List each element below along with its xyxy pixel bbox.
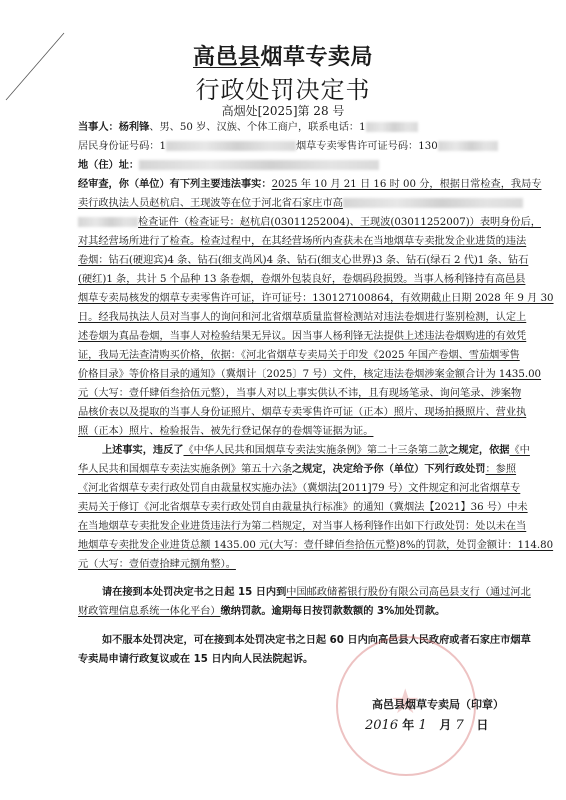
facts-line-7: 日。经我局执法人员对当事人的询问和河北省烟草质量监督检测站对违法卷烟进行鉴别检测… [78,308,526,323]
facts-line-2: 检查证件（检查证号：赵杭启(03011252004)、王现波(030112520… [78,213,541,228]
redacted-name [78,217,138,227]
facts-line-1: 卖行政执法人员赵杭启、王现波等在位于河北省石家庄市高 [78,194,523,209]
party-name: 杨利锋 [119,122,150,133]
facts-line-4: 卷烟：钻石(硬迎宾)4 条、钻石(细支尚风)4 条、钻石(细支心世界)3 条、钻… [78,251,528,266]
signing-agency: 高邑县烟草专卖局（印章） [372,696,504,712]
facts-line-12: 品核价表以及提取的当事人身份证照片、烟草专卖零售许可证（正本）照片、现场拍摄照片… [78,403,526,418]
ruling-text: 之规定，依据 [448,445,509,456]
payment-line-1: 财政管理信息系统一体化平台）缴纳罚款。逾期每日按罚款数额的 3%加处罚款。 [78,602,445,617]
ruling-line-4: 在当地烟草专卖批发企业进货违法行为第二档规定，对当事人杨利锋作出如下行政处罚：处… [78,517,526,532]
address-line: 地（住）址： [78,156,379,171]
ruling-line-1: 华人民共和国烟草专卖法实施条例》第五十六条之规定，决定给予你（单位）下列行政处罚… [78,460,516,475]
ruling-line-5: 地烟草专卖批发企业进货总额 1435.00 元(大写：壹仟肆佰叁拾伍元整)8%的… [78,536,553,551]
payment-text: 缴纳罚款。逾期每日按罚款数额的 3%加处罚款。 [221,606,446,617]
facts-line-8: 述卷烟为真品卷烟，当事人对检验结果无异议。因当事人杨利锋无法提供上述违法卷烟购进… [78,327,526,342]
ruling-law-ref: 《中 [510,445,530,456]
facts-line-10: 价格目录》等价格目录的通知》（冀烟计〔2025〕7 号）文件，核定违法卷烟涉案金… [78,365,541,380]
agency-title: 高邑县烟草专卖局 [0,40,566,71]
facts-line-5: (硬红)1 条，共计 5 个品种 13 条卷烟，卷烟外包装良好，卷烟码段损毁。当… [78,270,525,285]
payment-line-0: 请在接到本处罚决定书之日起 15 日内到中国邮政储蓄银行股份有限公司高邑县支行（… [102,583,531,598]
date-unit-month: 月 [439,718,451,732]
handwritten-month: 1 [418,718,426,733]
facts-line-6: 烟草专卖局核发的烟草专卖零售许可证，许可证号：130127100864，有效期截… [78,289,554,304]
appeal-line-0: 如不服本处罚决定，可在接到本处罚决定书之日起 60 日内向高邑县人民政府或者石家… [102,631,531,646]
ruling-text: ：参照 [486,464,517,475]
address-label: 地（住）址： [78,160,139,171]
agency-title-rest: 烟草专卖局 [261,45,374,70]
ruling-text: 上述事实，违反了 [102,445,184,456]
party-details: 、男、50 岁、汉族、个体工商户，联系电话：1 [149,122,365,133]
party-label: 当事人： [78,122,119,133]
ruling-line-0: 上述事实，违反了《中华人民共和国烟草专卖法实施条例》第二十三条第二款之规定，依据… [102,441,530,456]
ruling-line-6: 元（大写：壹佰壹拾肆元捌角整）。 [78,555,236,570]
id-line: 居民身份证号码：1烟草专卖零售许可证号码：130 [78,137,498,152]
redacted-address [139,160,379,170]
payment-bank: 中国邮政储蓄银行股份有限公司高邑县支行（通过河北 [286,587,531,598]
facts-line-3: 对其经营场所进行了检查。检查过程中，在其经营场所内查获未在当地烟草专卖批发企业进… [78,232,526,247]
redacted-location [343,198,523,208]
document-number: 高烟处[2025]第 28 号 [0,102,566,119]
redacted-id [166,141,296,151]
ruling-law-ref: 《中华人民共和国烟草专卖法实施条例》第二十三条第二款 [184,445,449,456]
ruling-line-2: 《河北省烟草专卖行政处罚自由裁量权实施办法》（冀烟法[2011]79 号）文件规… [78,479,520,494]
redacted-license [438,141,498,151]
payment-bank: 财政管理信息系统一体化平台） [78,606,221,617]
facts-text: 检查证件（检查证号：赵杭启(03011252004)、王现波(030112520… [138,217,541,228]
agency-title-county: 高邑县 [193,45,261,70]
date-unit-year: 年 [402,718,414,732]
date-unit-day: 日 [476,718,488,732]
ruling-line-3: 卖局关于修订《河北省烟草专卖行政处罚自由裁量执行标准》的通知（冀烟法【2021】… [78,498,528,513]
signing-date: 2016 年 1 月 7 日 [365,716,488,733]
handwritten-day: 7 [456,718,464,733]
document-title: 行政处罚决定书 [0,70,566,105]
payment-text: 请在接到本处罚决定书之日起 15 日内到 [102,587,286,598]
handwritten-year: 2016 [365,718,398,733]
facts-text: 2025 年 10 月 21 日 16 时 00 分，根据日常检查，我局专 [272,179,542,190]
license-label: 烟草专卖零售许可证号码：130 [296,141,438,152]
facts-line-11: 元（大写：壹仟肆佰叁拾伍元整），当事人对以上事实供认不讳，且有现场笔录、询问笔录… [78,384,521,399]
party-line: 当事人：杨利锋、男、50 岁、汉族、个体工商户，联系电话：1 [78,118,418,133]
appeal-line-1: 专卖局申请行政复议或在 15 日内向人民法院起诉。 [78,650,313,665]
facts-text: 卖行政执法人员赵杭启、王现波等在位于河北省石家庄市高 [78,198,343,209]
ruling-text: 之规定，决定给予你（单位）下列行政处罚 [292,464,486,475]
facts-label: 经审查，你（单位）有下列主要违法事实： [78,179,272,190]
id-label: 居民身份证号码：1 [78,141,166,152]
facts-line-9: 证，我局无法查清购买价格，依据：《河北省烟草专卖局关于印发《2025 年国产卷烟… [78,346,520,361]
facts-line-0: 经审查，你（单位）有下列主要违法事实：2025 年 10 月 21 日 16 时… [78,175,542,190]
facts-line-13: 照（正本）照片、检验报告、被先行登记保存的卷烟等证据为证。 [78,422,373,437]
ruling-law-ref: 华人民共和国烟草专卖法实施条例》第五十六条 [78,464,292,475]
redacted-phone [366,122,418,132]
